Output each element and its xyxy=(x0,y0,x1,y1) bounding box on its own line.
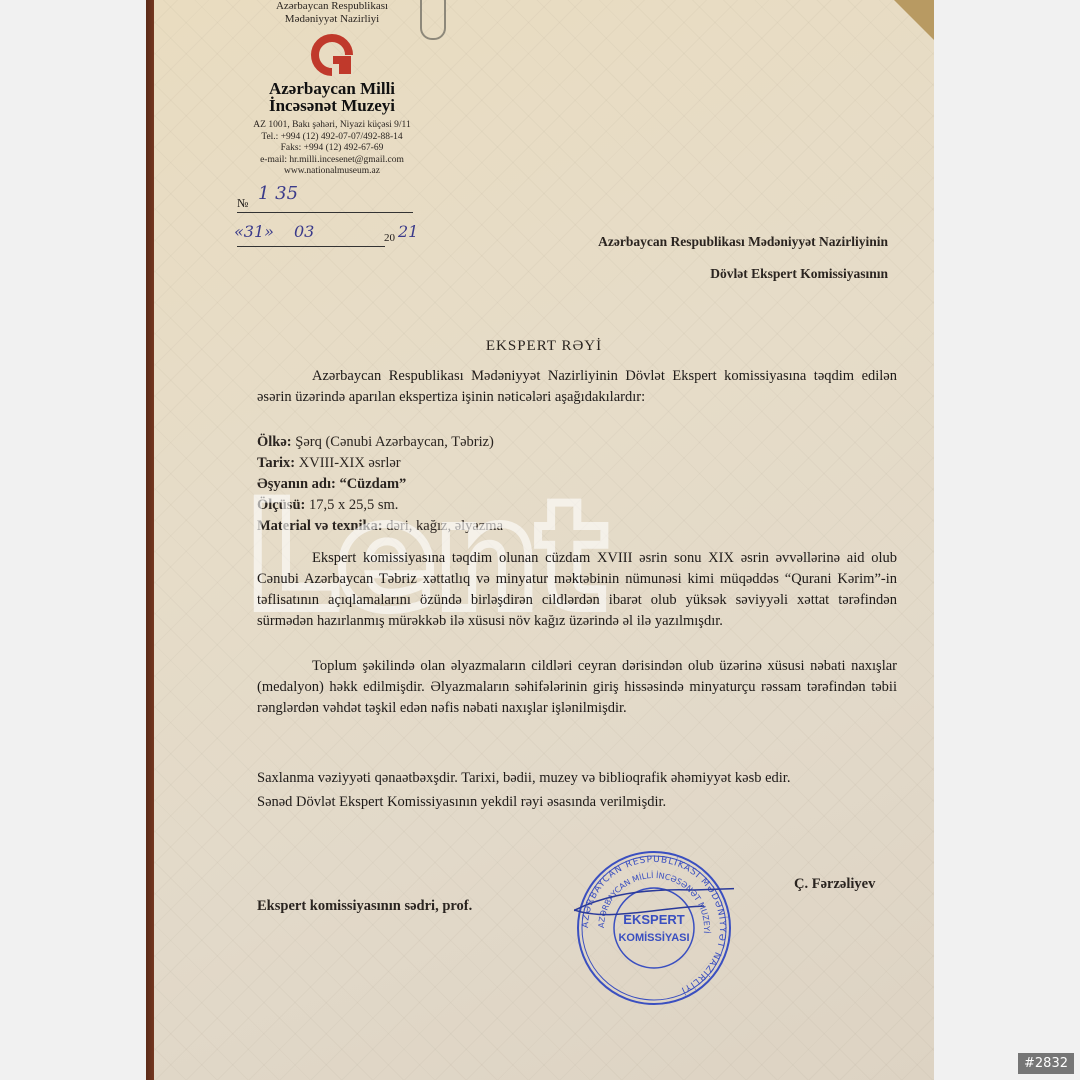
signature-title: Ekspert komissiyasının sədri, prof. xyxy=(257,898,472,915)
document-page: Azərbaycan Respublikası Mədəniyyət Nazir… xyxy=(154,0,934,1080)
field-country: Ölkə: Şərq (Cənubi Azərbaycan, Təbriz) xyxy=(257,432,503,453)
official-stamp: AZƏRBAYCAN RESPUBLİKASI MƏDƏNİYYƏT NAZİR… xyxy=(574,848,734,1008)
corner-fold xyxy=(894,0,934,40)
fax: Faks: +994 (12) 492-67-69 xyxy=(232,143,432,155)
stamp-center-line2: KOMİSSİYASI xyxy=(618,931,689,944)
museum-name-line1: Azərbaycan Milli xyxy=(232,80,432,97)
field-date: Tarix: XVIII-XIX əsrlər xyxy=(257,453,503,474)
museum-name-line2: İncəsənət Muzeyi xyxy=(232,97,432,114)
field-size: Ölçüsü: 17,5 x 25,5 sm. xyxy=(257,495,503,516)
addressee-line1: Azərbaycan Respublikası Mədəniyyət Nazir… xyxy=(598,234,888,250)
ministry-line1: Azərbaycan Respublikası xyxy=(232,0,432,13)
field-material: Material və texnika: dəri, kağız, əlyazm… xyxy=(257,516,503,537)
date-year-prefix: 20 xyxy=(384,232,395,244)
field-item-name: Əşyanın adı: “Cüzdam” xyxy=(257,474,503,495)
letterhead: Azərbaycan Respublikası Mədəniyyət Nazir… xyxy=(232,0,432,178)
date-year: 21 xyxy=(398,222,418,241)
image-id-badge: #2832 xyxy=(1018,1053,1074,1074)
date-month: 03 xyxy=(294,222,314,241)
paragraph-description: Ekspert komissiyasına təqdim olunan cüzd… xyxy=(257,548,897,632)
item-fields: Ölkə: Şərq (Cənubi Azərbaycan, Təbriz) T… xyxy=(257,432,503,537)
ministry-line2: Mədəniyyət Nazirliyi xyxy=(232,13,432,26)
conclusion-condition: Saxlanma vəziyyəti qənaətbəxşdir. Tarixi… xyxy=(257,768,937,789)
date-day: «31» xyxy=(234,222,274,241)
address: AZ 1001, Bakı şəhəri, Niyazi küçəsi 9/11 xyxy=(232,120,432,132)
museum-logo-icon xyxy=(309,32,355,78)
document-title: EKSPERT RƏYİ xyxy=(154,338,934,355)
addressee-line2: Dövlət Ekspert Komissiyasının xyxy=(710,266,888,282)
intro-paragraph: Azərbaycan Respublikası Mədəniyyət Nazir… xyxy=(257,366,897,408)
website: www.nationalmuseum.az xyxy=(232,166,432,178)
email: e-mail: hr.milli.incesenet@gmail.com xyxy=(232,155,432,167)
paragraph-binding: Toplum şəkilində olan əlyazmaların cildl… xyxy=(257,656,897,719)
signatory-name: Ç. Fərzəliyev xyxy=(794,876,875,893)
conclusion-unanimous: Sənəd Dövlət Ekspert Komissiyasının yekd… xyxy=(257,792,937,813)
stamp-center-line1: EKSPERT xyxy=(623,912,684,927)
telephone: Tel.: +994 (12) 492-07-07/492-88-14 xyxy=(232,132,432,144)
number-label: № xyxy=(237,196,248,210)
registration-number: 1 35 xyxy=(258,183,298,204)
